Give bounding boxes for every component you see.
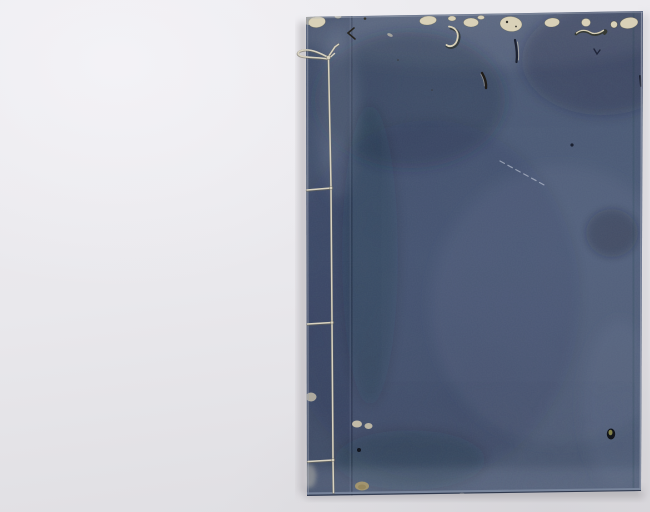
pinhole-dot bbox=[570, 143, 573, 146]
photograph bbox=[0, 0, 650, 512]
book-cover bbox=[280, 4, 650, 508]
photo-canvas bbox=[0, 0, 650, 512]
black-dot bbox=[357, 448, 361, 452]
